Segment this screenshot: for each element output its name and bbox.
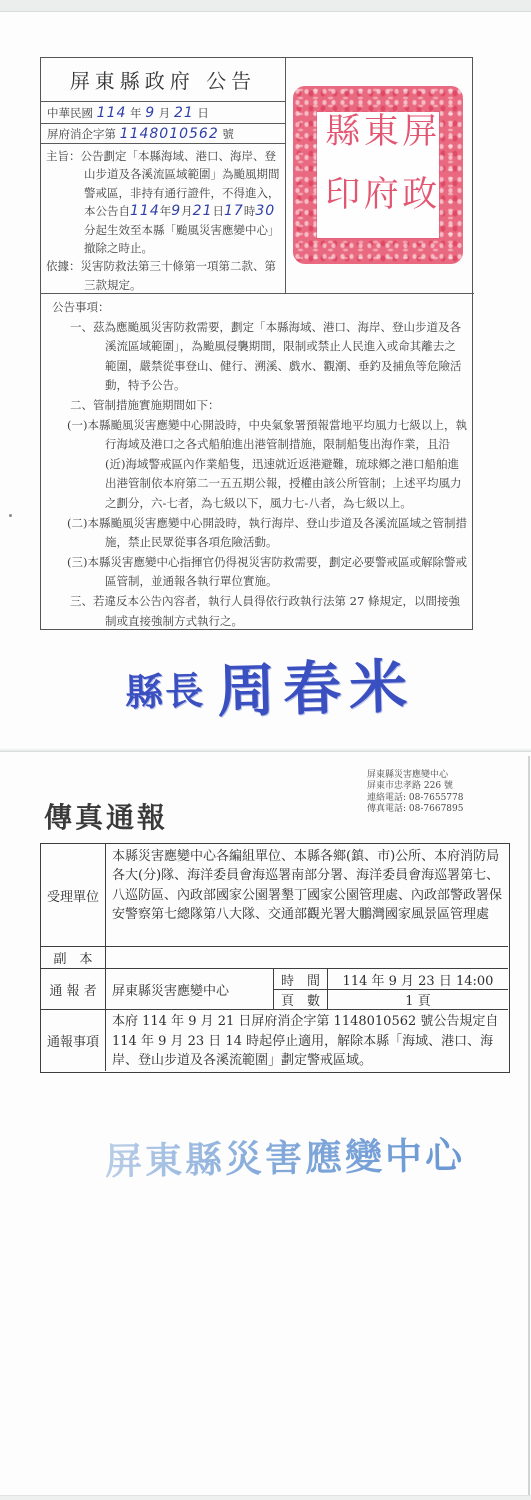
recipient-text: 本縣災害應變中心各編組單位、本縣各鄉(鎮、市)公所、本府消防局各大(分)隊、海洋… (106, 844, 508, 947)
date-month-handwritten: 9 (145, 106, 155, 120)
pages-value: 1 頁 (328, 990, 508, 1010)
basis-paragraph: 依據：災害防救法第三十條第一項第二款、第三款規定。 (46, 257, 280, 294)
scan-artifact-bottom-band (0, 1495, 531, 1500)
announcement-title: 屏東縣政府 公告 (41, 58, 286, 102)
date-day-handwritten: 21 (174, 106, 194, 120)
subject-text: 公告劃定「本縣海域、港口、海岸、登山步道及各溪流區域範圍」為颱風期間警戒區，非持… (81, 149, 280, 255)
docno-handwritten: 1148010562 (120, 127, 219, 141)
official-seal: 屏東縣 政府印 (293, 86, 463, 264)
seal-column-right: 屏東縣 (320, 112, 436, 175)
date-day-unit: 日 (197, 105, 209, 121)
announcement-date-row: 中華民國 114 年 9 月 21 日 (41, 102, 286, 124)
fax-table: 受理單位 本縣災害應變中心各編組單位、本縣各鄉(鎮、市)公所、本府消防局各大(分… (40, 843, 510, 1073)
basis-label: 依據： (46, 259, 81, 273)
scan-artifact-edge-line (528, 756, 530, 1500)
signature-name: 周春米 (216, 639, 416, 728)
docno-prefix: 屏府消企字第 (47, 126, 116, 142)
response-center-stamp: 屏東縣災害應變中心 (105, 1125, 466, 1185)
items-list: 一、茲為應颱風災害防救需要，劃定「本縣海域、港口、海岸、登山步道及各溪流區域範圍… (48, 318, 467, 632)
announcement-item: 三、若違反本公告內容者，執行人員得依行政執行法第 27 條規定，以間接強制或直接… (48, 592, 467, 631)
basis-text: 災害防救法第三十條第一項第二款、第三款規定。 (81, 259, 277, 291)
subject-label: 主旨： (46, 149, 81, 163)
announcement-item: (一)本縣颱風災害應變中心開設時，中央氣象署預報當地平均風力七級以上，執行海域及… (48, 416, 467, 514)
seal-column-left: 政府印 (320, 175, 436, 238)
announcement-document: 屏東縣政府 公告 中華民國 114 年 9 月 21 日 屏府消企字第 1148… (40, 57, 473, 630)
announcement-number-row: 屏府消企字第 1148010562 號 (41, 124, 286, 144)
fax-sender-block: 屏東縣災害應變中心屏東市忠孝路 226 號連絡電話: 08-7655778傳真電… (367, 770, 463, 816)
official-seal-text: 屏東縣 政府印 (317, 112, 439, 238)
fax-title: 傳真通報 (44, 796, 168, 836)
recipient-label: 受理單位 (41, 844, 106, 947)
announcement-items-cell: 公告事項： 一、茲為應颱風災害防救需要，劃定「本縣海域、港口、海岸、登山步道及各… (41, 294, 474, 631)
pages-label: 頁 數 (274, 990, 328, 1010)
fax-sender-line: 屏東市忠孝路 226 號 (367, 781, 463, 792)
matter-label: 通報事項 (41, 1010, 106, 1071)
fax-sender-line: 傳真電話: 08-7667895 (367, 804, 463, 815)
docno-suffix: 號 (222, 126, 234, 142)
cc-label: 副 本 (41, 947, 106, 969)
scanned-fax-page: 屏東縣政府 公告 中華民國 114 年 9 月 21 日 屏府消企字第 1148… (0, 0, 531, 1500)
date-month-unit: 月 (159, 105, 171, 121)
scan-artifact-speck (9, 514, 12, 517)
announcement-item: 二、管制措施實施期間如下： (48, 396, 467, 416)
seal-cell: 屏東縣 政府印 (286, 58, 474, 294)
magistrate-signature: 縣長 周春米 (124, 639, 416, 731)
date-year-unit: 年 (130, 105, 142, 121)
time-label: 時 間 (274, 969, 328, 990)
signature-title: 縣長 (124, 659, 205, 716)
matter-text: 本府 114 年 9 月 21 日屏府消企字第 1148010562 號公告規定… (105, 1010, 507, 1071)
fax-sender-line: 連絡電話: 08-7655778 (367, 793, 463, 804)
subject-paragraph: 主旨：公告劃定「本縣海域、港口、海岸、登山步道及各溪流區域範圍」為颱風期間警戒區… (46, 147, 280, 257)
announcement-item: (二)本縣颱風災害應變中心開設時，執行海岸、登山步道及各溪流區域之管制措施，禁止… (48, 514, 467, 553)
date-era: 中華民國 (47, 105, 93, 121)
announcement-item: 一、茲為應颱風災害防救需要，劃定「本縣海域、港口、海岸、登山步道及各溪流區域範圍… (48, 318, 467, 396)
date-year-handwritten: 114 (97, 106, 127, 120)
scan-artifact-pagebreak (0, 748, 531, 752)
time-value: 114 年 9 月 23 日 14:00 (328, 969, 508, 990)
scan-artifact-top-band (0, 0, 531, 12)
announcement-subject-cell: 主旨：公告劃定「本縣海域、港口、海岸、登山步道及各溪流區域範圍」為颱風期間警戒區… (41, 144, 286, 294)
cc-value (106, 947, 508, 969)
fax-sender-line: 屏東縣災害應變中心 (367, 770, 463, 781)
reporter-value: 屏東縣災害應變中心 (106, 969, 274, 1010)
reporter-label: 通 報 者 (41, 969, 106, 1010)
announcement-item: (三)本縣災害應變中心指揮官仍得視災害防救需要，劃定必要警戒區或解除警戒區管制，… (48, 553, 467, 592)
items-heading: 公告事項： (48, 298, 467, 318)
